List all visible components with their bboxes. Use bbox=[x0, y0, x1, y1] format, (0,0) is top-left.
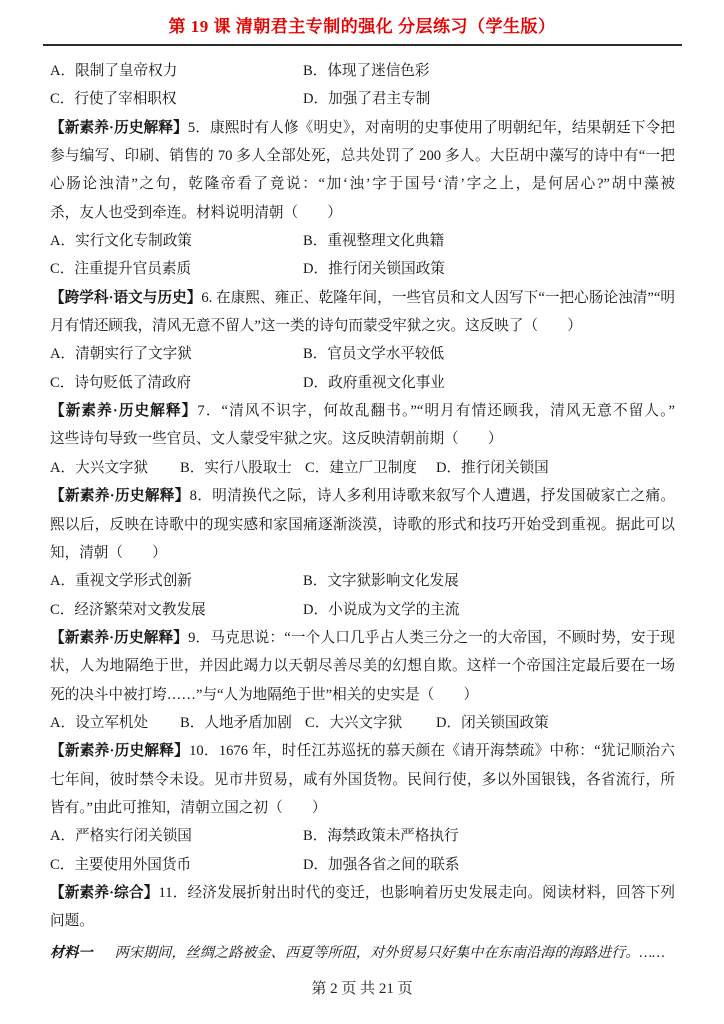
paragraph-text: 这些诗句导致一些官员、文人蒙受牢狱之灾。这反映清朝前期（ ） bbox=[50, 431, 502, 447]
paragraph-text: 10．1676 年，时任江苏巡抚的慕天颜在《请开海禁疏》中称：“犹记顺治六 bbox=[189, 743, 675, 759]
options-row: A．实行文化专制政策B．重视整理文化典籍 bbox=[50, 227, 675, 255]
question-tag: 【新素养·历史解释】 bbox=[50, 488, 190, 504]
option-b: D．政府重视文化事业 bbox=[303, 369, 675, 397]
options-row: C．诗句贬低了清政府D．政府重视文化事业 bbox=[50, 369, 675, 397]
paragraph-line: 月有情还顾我，清风无意不留人”这一类的诗句而蒙受牢狱之灾。这反映了（ ） bbox=[50, 312, 675, 340]
option-b: D．加强各省之间的联系 bbox=[303, 851, 675, 879]
paragraph-text: 月有情还顾我，清风无意不留人”这一类的诗句而蒙受牢狱之灾。这反映了（ ） bbox=[50, 318, 582, 334]
header-divider bbox=[43, 44, 682, 46]
question-tag: 【新素养·综合】 bbox=[50, 885, 159, 901]
paragraph-text: 7．“清风不识字，何故乱翻书。”“明月有情还顾我，清风无意不留人。” bbox=[197, 403, 675, 419]
option-a: C．诗句贬低了清政府 bbox=[50, 369, 303, 397]
option-a: C．注重提升官员素质 bbox=[50, 255, 303, 283]
option-b: D．推行闭关锁国政策 bbox=[303, 255, 675, 283]
option-b: B．实行八股取士 bbox=[180, 454, 305, 482]
option-b: B．体现了迷信色彩 bbox=[303, 57, 675, 85]
paragraph-text: 5．康熙时有人修《明史》，对南明的史事使用了明朝纪年，结果朝廷下令把 bbox=[188, 120, 675, 136]
option-a: C．主要使用外国货币 bbox=[50, 851, 303, 879]
paragraph-line: 知，清朝（ ） bbox=[50, 539, 675, 567]
paragraph-text: 杀，友人也受到牵连。材料说明清朝（ ） bbox=[50, 205, 342, 221]
options-row: A．严格实行闭关锁国B．海禁政策未严格执行 bbox=[50, 822, 675, 850]
question-tag: 【新素养·历史解释】 bbox=[50, 630, 188, 646]
options-row: C．注重提升官员素质D．推行闭关锁国政策 bbox=[50, 255, 675, 283]
option-b: D．加强了君主专制 bbox=[303, 85, 675, 113]
paragraph-line: 【新素养·历史解释】9．马克思说：“一个人口几乎占人类三分之一的大帝国，不顾时势… bbox=[50, 624, 675, 652]
option-a: A．严格实行闭关锁国 bbox=[50, 822, 303, 850]
question-tag: 【新素养·历史解释】 bbox=[50, 120, 188, 136]
option-a: A．设立军机处 bbox=[50, 709, 180, 737]
paragraph-line: 【跨学科·语文与历史】6. 在康熙、雍正、乾隆年间，一些官员和文人因写下“一把心… bbox=[50, 284, 675, 312]
paragraph-line: 【新素养·历史解释】5．康熙时有人修《明史》，对南明的史事使用了明朝纪年，结果朝… bbox=[50, 114, 675, 142]
option-b: B．重视整理文化典籍 bbox=[303, 227, 675, 255]
option-a: A．重视文学形式创新 bbox=[50, 567, 303, 595]
option-b: B．官员文学水平较低 bbox=[303, 340, 675, 368]
options-row: C．主要使用外国货币D．加强各省之间的联系 bbox=[50, 851, 675, 879]
paragraph-text: 知，清朝（ ） bbox=[50, 545, 167, 561]
options-row: A．重视文学形式创新B．文字狱影响文化发展 bbox=[50, 567, 675, 595]
paragraph-line: 熙以后，反映在诗歌中的现实感和家国痛逐渐淡漠，诗歌的形式和技巧开始受到重视。据此… bbox=[50, 511, 675, 539]
options-row: A．清朝实行了文字狱B．官员文学水平较低 bbox=[50, 340, 675, 368]
option-d: D．闭关锁国政策 bbox=[436, 709, 675, 737]
paragraph-line: 心肠论浊清”之句，乾隆帝看了竟说：“加‘浊’字于国号‘清’字之上，是何居心?”胡… bbox=[50, 170, 675, 198]
page-footer: 第 2 页 共 21 页 bbox=[0, 977, 724, 998]
option-c: C．建立厂卫制度 bbox=[305, 454, 436, 482]
option-b: B．海禁政策未严格执行 bbox=[303, 822, 675, 850]
page-title: 第 19 课 清朝君主专制的强化 分层练习（学生版） bbox=[0, 12, 724, 37]
paragraph-text: 9．马克思说：“一个人口几乎占人类三分之一的大帝国，不顾时势，安于现 bbox=[188, 630, 675, 646]
paragraph-line: 死的决斗中被打垮……”与“人为地隔绝于世”相关的史实是（ ） bbox=[50, 681, 675, 709]
option-c: C．大兴文字狱 bbox=[305, 709, 436, 737]
options-row: C．行使了宰相职权D．加强了君主专制 bbox=[50, 85, 675, 113]
option-a: A．清朝实行了文字狱 bbox=[50, 340, 303, 368]
options-row: A．设立军机处B．人地矛盾加剧C．大兴文字狱D．闭关锁国政策 bbox=[50, 709, 675, 737]
paragraph-text: 皆有。”由此可推知，清朝立国之初（ ） bbox=[50, 800, 326, 816]
paragraph-line: 【新素养·历史解释】10．1676 年，时任江苏巡抚的慕天颜在《请开海禁疏》中称… bbox=[50, 737, 675, 765]
option-b: B．人地矛盾加剧 bbox=[180, 709, 305, 737]
paragraph-text: 状，人为地隔绝于世，并因此竭力以天朝尽善尽美的幻想自欺。这样一个帝国注定最后要在… bbox=[50, 658, 675, 680]
paragraph-text: 熙以后，反映在诗歌中的现实感和家国痛逐渐淡漠，诗歌的形式和技巧开始受到重视。据此… bbox=[50, 517, 675, 539]
paragraph-text: 七年间，彼时禁令未设。见市井贸易，咸有外国货物。民间行使，多以外国银钱，各省流行… bbox=[50, 772, 675, 794]
paragraph-text: 心肠论浊清”之句，乾隆帝看了竟说：“加‘浊’字于国号‘清’字之上，是何居心?”胡… bbox=[50, 176, 675, 192]
paragraph-line: 七年间，彼时禁令未设。见市井贸易，咸有外国货物。民间行使，多以外国银钱，各省流行… bbox=[50, 766, 675, 794]
options-row: C．经济繁荣对文教发展D．小说成为文学的主流 bbox=[50, 596, 675, 624]
material-text: 两宋期间，丝绸之路被金、西夏等所阻，对外贸易只好集中在东南沿海的海路进行。…… bbox=[115, 945, 665, 961]
option-d: D．推行闭关锁国 bbox=[436, 454, 675, 482]
paragraph-line: 【新素养·历史解释】7．“清风不识字，何故乱翻书。”“明月有情还顾我，清风无意不… bbox=[50, 397, 675, 425]
option-a: C．行使了宰相职权 bbox=[50, 85, 303, 113]
paragraph-line: 杀，友人也受到牵连。材料说明清朝（ ） bbox=[50, 199, 675, 227]
paragraph-line: 问题。 bbox=[50, 907, 675, 935]
options-row: A．限制了皇帝权力B．体现了迷信色彩 bbox=[50, 57, 675, 85]
option-a: A．实行文化专制政策 bbox=[50, 227, 303, 255]
paragraph-text: 问题。 bbox=[50, 913, 94, 929]
doc-body: A．限制了皇帝权力B．体现了迷信色彩C．行使了宰相职权D．加强了君主专制【新素养… bbox=[50, 57, 675, 967]
paragraph-line: 【新素养·历史解释】8．明清换代之际，诗人多利用诗歌来叙写个人遭遇，抒发国破家亡… bbox=[50, 482, 675, 510]
question-tag: 【跨学科·语文与历史】 bbox=[50, 290, 201, 306]
paragraph-line: 参与编写、印刷、销售的 70 多人全部处死，总共处罚了 200 多人。大臣胡中藻… bbox=[50, 142, 675, 170]
paragraph-text: 死的决斗中被打垮……”与“人为地隔绝于世”相关的史实是（ ） bbox=[50, 687, 478, 703]
option-b: D．小说成为文学的主流 bbox=[303, 596, 675, 624]
paragraph-line: 【新素养·综合】11．经济发展折射出时代的变迁，也影响着历史发展走向。阅读材料，… bbox=[50, 879, 675, 907]
paragraph-text: 11．经济发展折射出时代的变迁，也影响着历史发展走向。阅读材料，回答下列 bbox=[159, 885, 676, 901]
paragraph-text: 6. 在康熙、雍正、乾隆年间，一些官员和文人因写下“一把心肠论浊清”“明 bbox=[201, 290, 675, 306]
option-a: C．经济繁荣对文教发展 bbox=[50, 596, 303, 624]
material-line: 材料一两宋期间，丝绸之路被金、西夏等所阻，对外贸易只好集中在东南沿海的海路进行。… bbox=[50, 939, 675, 967]
material-label: 材料一 bbox=[50, 945, 93, 961]
question-tag: 【新素养·历史解释】 bbox=[50, 403, 197, 419]
option-a: A．大兴文字狱 bbox=[50, 454, 180, 482]
option-b: B．文字狱影响文化发展 bbox=[303, 567, 675, 595]
options-row: A．大兴文字狱B．实行八股取士C．建立厂卫制度D．推行闭关锁国 bbox=[50, 454, 675, 482]
paragraph-text: 参与编写、印刷、销售的 70 多人全部处死，总共处罚了 200 多人。大臣胡中藻… bbox=[50, 148, 675, 164]
paragraph-line: 这些诗句导致一些官员、文人蒙受牢狱之灾。这反映清朝前期（ ） bbox=[50, 425, 675, 453]
paragraph-line: 状，人为地隔绝于世，并因此竭力以天朝尽善尽美的幻想自欺。这样一个帝国注定最后要在… bbox=[50, 652, 675, 680]
paragraph-line: 皆有。”由此可推知，清朝立国之初（ ） bbox=[50, 794, 675, 822]
question-tag: 【新素养·历史解释】 bbox=[50, 743, 189, 759]
document-page: 第 19 课 清朝君主专制的强化 分层练习（学生版） A．限制了皇帝权力B．体现… bbox=[0, 0, 724, 1024]
option-a: A．限制了皇帝权力 bbox=[50, 57, 303, 85]
